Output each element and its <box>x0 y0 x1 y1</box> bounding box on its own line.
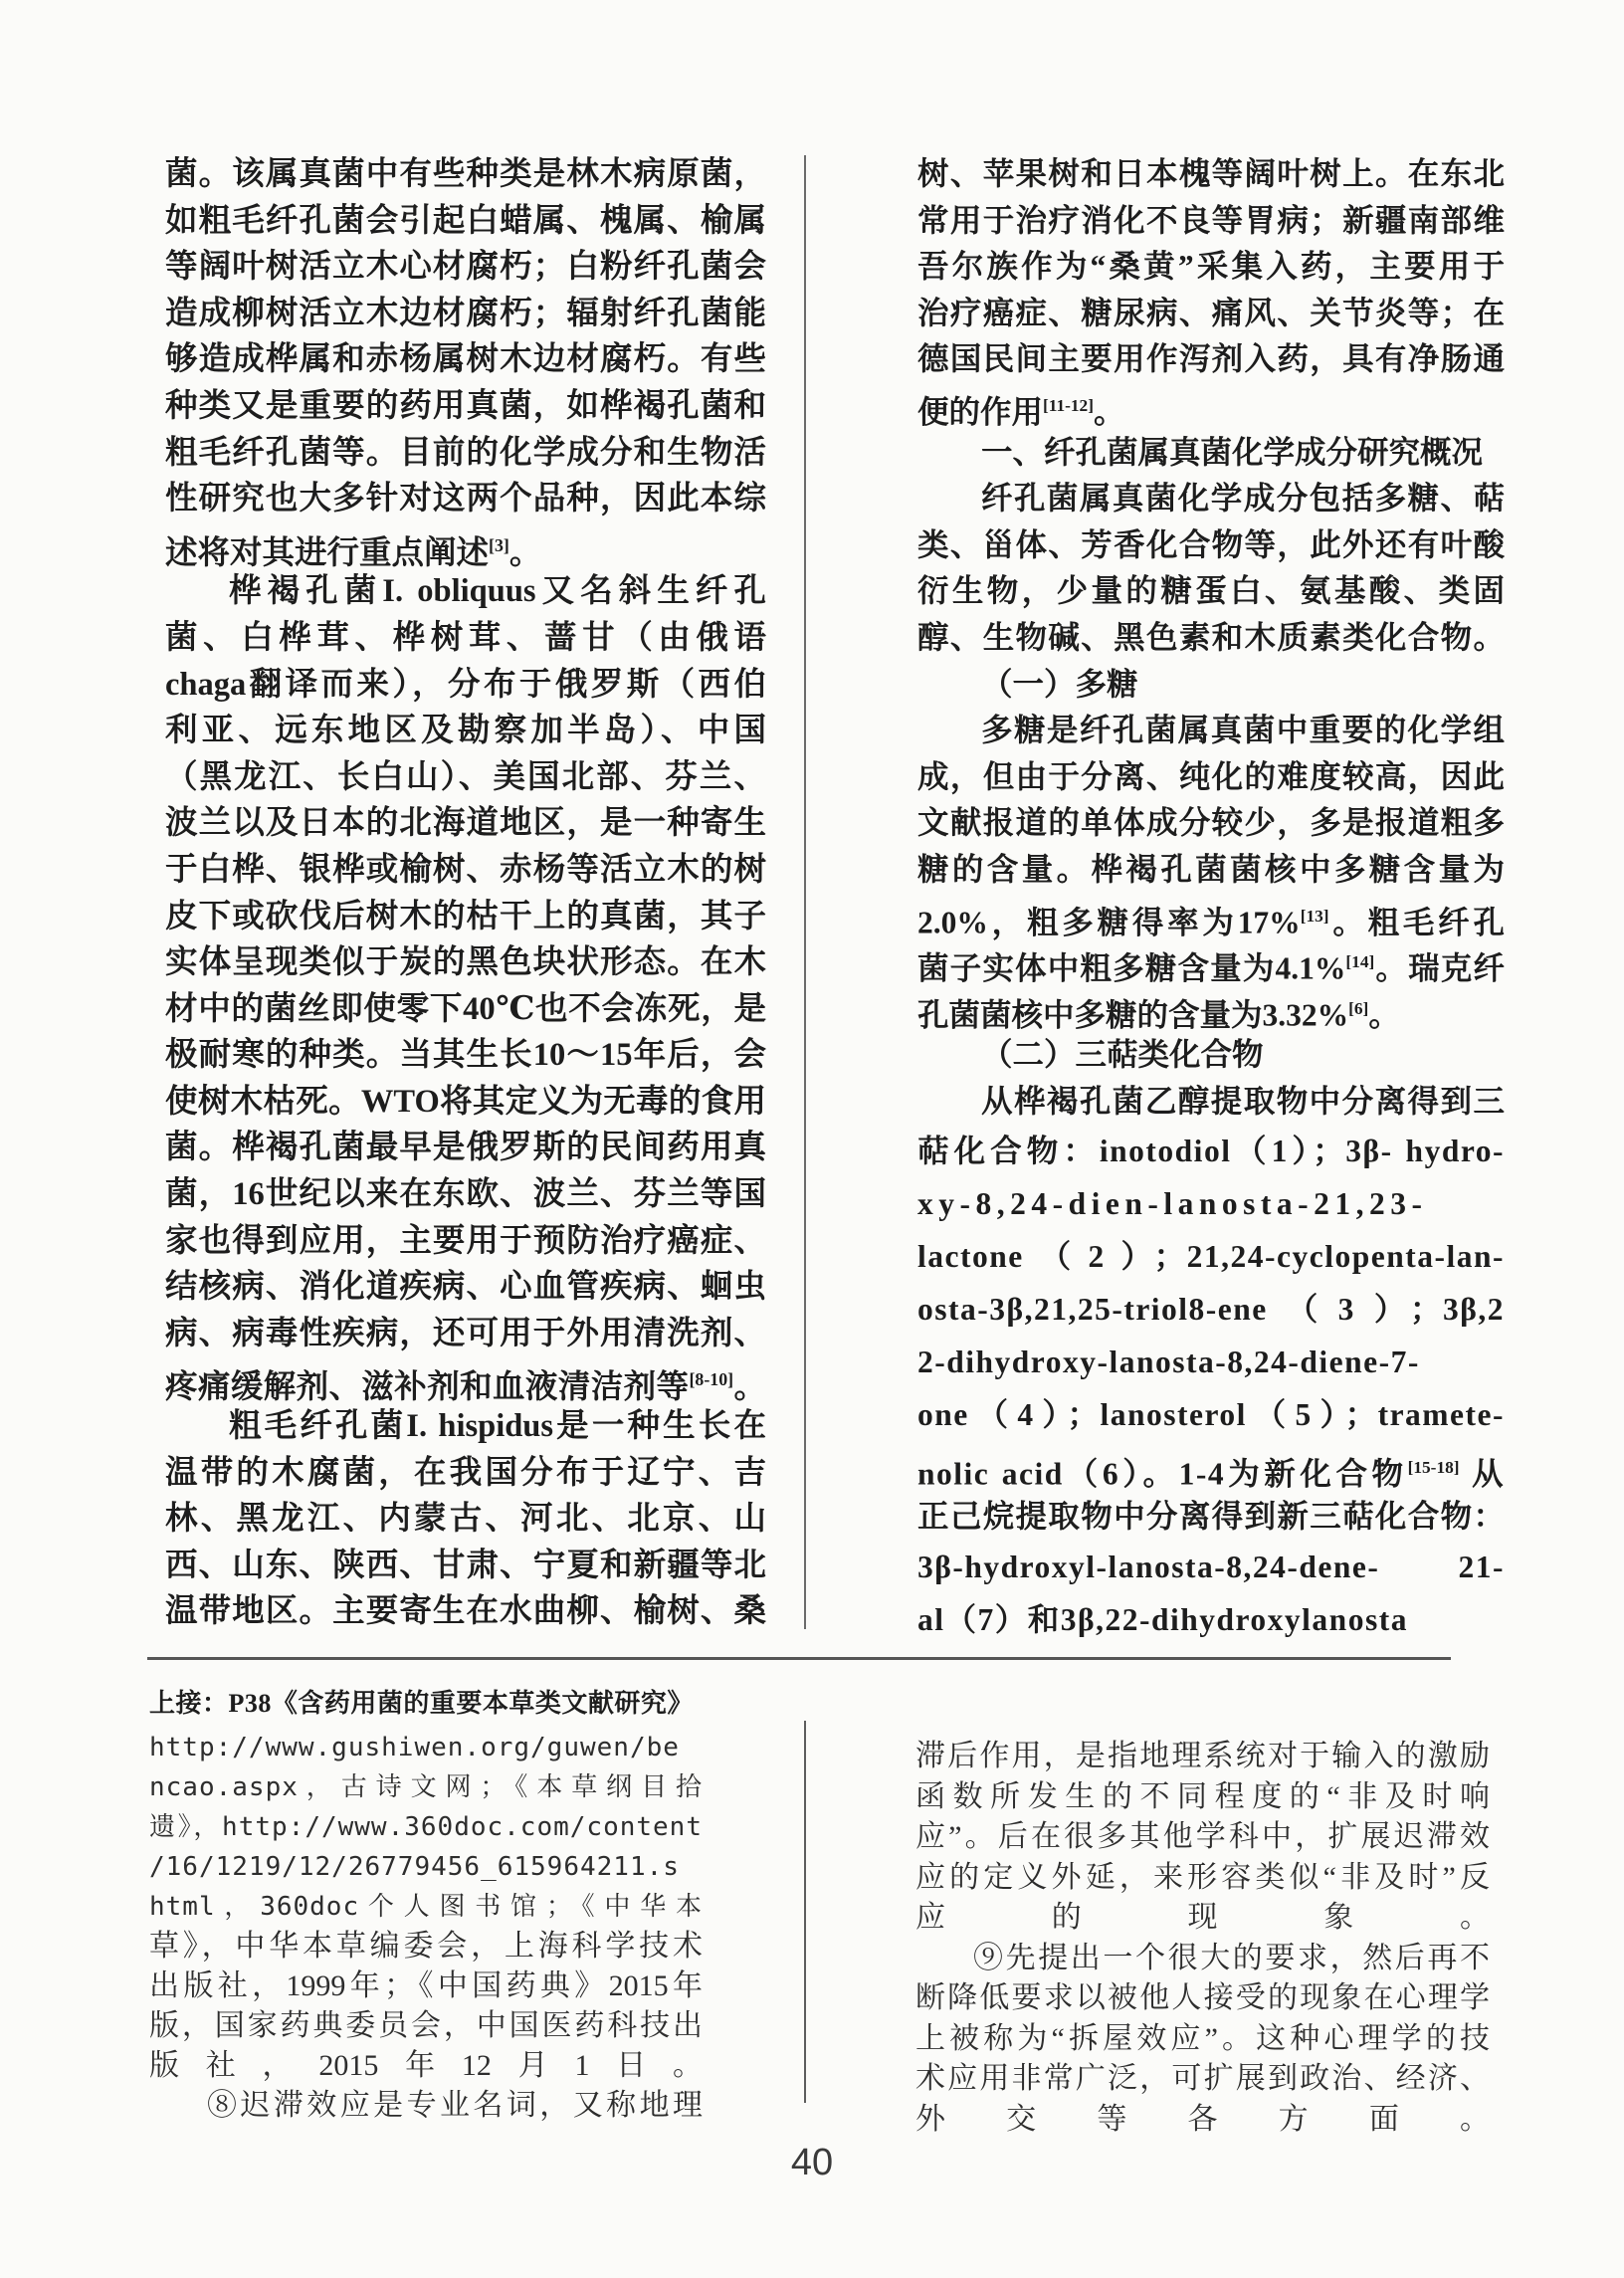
scanned-page: 菌。该属真菌中有些种类是林木病原菌，如粗毛纤孔菌会引起白蜡属、槐属、榆属等阔叶树… <box>0 0 1624 2278</box>
text-line: al（7）和3β,22-dihydroxylanosta <box>917 1593 1505 1646</box>
text-line: 等阔叶树活立木心材腐朽；白粉纤孔菌会 <box>165 244 766 291</box>
text-line: 菌。桦褐孔菌最早是俄罗斯的民间药用真 <box>165 1125 766 1171</box>
text-line: 西、山东、陕西、甘肃、宁夏和新疆等北 <box>165 1543 766 1589</box>
text-line: 遗》，http://www.360doc.com/content <box>149 1807 703 1847</box>
text-line: 如粗毛纤孔菌会引起白蜡属、槐属、榆属 <box>165 198 766 245</box>
page-number: 40 <box>0 2142 1624 2184</box>
text-line: 糖的含量。桦褐孔菌菌核中多糖含量为 <box>917 847 1505 894</box>
text-line: 结核病、消化道疾病、心血管疾病、蛔虫 <box>165 1264 766 1311</box>
footnote-right-column: 滞后作用，是指地理系统对于输入的激励函数所发生的不同程度的“非及时响应”。后在很… <box>915 1737 1490 2140</box>
left-column: 菌。该属真菌中有些种类是林木病原菌，如粗毛纤孔菌会引起白蜡属、槐属、榆属等阔叶树… <box>165 151 766 1635</box>
text-line: 桦褐孔菌I. obliquus又名斜生纤孔 <box>165 568 766 615</box>
text-line: nolic acid（6）。1-4为新化合物[15-18] 从 <box>917 1441 1505 1494</box>
text-line: 吾尔族作为“桑黄”采集入药，主要用于 <box>917 244 1505 291</box>
text-line: 2-dihydroxy-lanosta-8,24-diene-7- <box>917 1336 1505 1388</box>
text-line: 应”。后在很多其他学科中，扩展迟滞效 <box>915 1817 1490 1858</box>
text-line: 疼痛缓解剂、滋补剂和血液清洁剂等[8-10]。 <box>165 1356 766 1403</box>
text-line: 德国民间主要用作泻剂入药，具有净肠通 <box>917 336 1505 383</box>
text-line: 治疗癌症、糖尿病、痛风、关节炎等；在 <box>917 291 1505 337</box>
text-line: （一）多糖 <box>917 662 1505 709</box>
text-line: 成，但由于分离、纯化的难度较高，因此 <box>917 754 1505 801</box>
text-line: 够造成桦属和赤杨属树木边材腐朽。有些 <box>165 336 766 383</box>
text-line: 波兰以及日本的北海道地区，是一种寄生 <box>165 800 766 847</box>
text-line: 上被称为“拆屋效应”。这种心理学的技 <box>915 2019 1490 2060</box>
text-line: 版，国家药典委员会，中国医药科技出 <box>149 2006 703 2046</box>
text-line: /16/1219/12/26779456_615964211.s <box>149 1847 703 1887</box>
text-line: 一、纤孔菌属真菌化学成分研究概况 <box>917 430 1505 477</box>
text-line: 粗毛纤孔菌I. hispidus是一种生长在 <box>165 1403 766 1450</box>
text-line: 出版社，1999年；《中国药典》2015年 <box>149 1967 703 2006</box>
text-line: lactone（2）；21,24-cyclopenta-lan- <box>917 1230 1505 1283</box>
text-line: 林、黑龙江、内蒙古、河北、北京、山 <box>165 1496 766 1543</box>
text-line: osta-3β,21,25-triol8-ene（3）；3β,2 <box>917 1283 1505 1336</box>
text-line: 述将对其进行重点阐述[3]。 <box>165 522 766 569</box>
text-line: 醇、生物碱、黑色素和木质素类化合物。 <box>917 615 1505 662</box>
text-line: 皮下或砍伐后树木的枯干上的真菌，其子 <box>165 894 766 940</box>
text-line: 极耐寒的种类。当其生长10～15年后，会 <box>165 1032 766 1079</box>
text-line: 萜化合物：inotodiol（1）；3β- hydro- <box>917 1125 1505 1177</box>
text-line: 应的现象。 <box>915 1898 1490 1939</box>
text-line: 树、苹果树和日本槐等阔叶树上。在东北 <box>917 151 1505 198</box>
right-column: 树、苹果树和日本槐等阔叶树上。在东北常用于治疗消化不良等胃病；新疆南部维吾尔族作… <box>917 151 1505 1646</box>
text-line: 文献报道的单体成分较少，多是报道粗多 <box>917 800 1505 847</box>
text-line: 利亚、远东地区及勘察加半岛）、中国 <box>165 708 766 754</box>
text-line: 滞后作用，是指地理系统对于输入的激励 <box>915 1737 1490 1777</box>
text-line: 多糖是纤孔菌属真菌中重要的化学组 <box>917 708 1505 754</box>
text-line: chaga翻译而来），分布于俄罗斯（西伯 <box>165 662 766 709</box>
text-line: xy-8,24-dien-lanosta-21,23- <box>917 1177 1505 1230</box>
continued-from-note: 上接：P38《含药用菌的重要本草类文献研究》 <box>149 1680 703 1728</box>
text-line: 菌子实体中粗多糖含量为4.1%[14]。瑞克纤 <box>917 939 1505 986</box>
text-line: 草》，中华本草编委会，上海科学技术 <box>149 1927 703 1967</box>
text-line: html，360doc个人图书馆；《中华本 <box>149 1887 703 1927</box>
text-line: 于白桦、银桦或榆树、赤杨等活立木的树 <box>165 847 766 894</box>
text-line: http://www.gushiwen.org/guwen/be <box>149 1728 703 1767</box>
text-line: 纤孔菌属真菌化学成分包括多糖、萜 <box>917 476 1505 522</box>
column-divider <box>804 155 806 1629</box>
text-line: 2.0%，粗多糖得率为17%[13]。粗毛纤孔 <box>917 894 1505 940</box>
text-line: 术应用非常广泛，可扩展到政治、经济、 <box>915 2059 1490 2100</box>
text-line: 便的作用[11-12]。 <box>917 383 1505 430</box>
text-line: ncao.aspx，古诗文网；《本草纲目拾 <box>149 1767 703 1807</box>
text-line: 函数所发生的不同程度的“非及时响 <box>915 1777 1490 1818</box>
text-line: 材中的菌丝即使零下40℃也不会冻死，是 <box>165 986 766 1033</box>
text-line: 家也得到应用，主要用于预防治疗癌症、 <box>165 1218 766 1265</box>
text-line: 使树木枯死。WTO将其定义为无毒的食用 <box>165 1079 766 1126</box>
text-line: 温带地区。主要寄生在水曲柳、榆树、桑 <box>165 1588 766 1635</box>
text-line: 种类又是重要的药用真菌，如桦褐孔菌和 <box>165 383 766 430</box>
text-line: 3β-hydroxyl-lanosta-8,24-dene- 21- <box>917 1541 1505 1593</box>
text-line: 孔菌菌核中多糖的含量为3.32%[6]。 <box>917 986 1505 1033</box>
text-line: one（4）；lanosterol（5）；tramete- <box>917 1388 1505 1441</box>
footnote-separator-rule <box>147 1657 1451 1660</box>
text-line: 版社，2015年12月1日。 <box>149 2046 703 2086</box>
text-line: 正己烷提取物中分离得到新三萜化合物： <box>917 1494 1505 1541</box>
text-line: 温带的木腐菌，在我国分布于辽宁、吉 <box>165 1450 766 1497</box>
text-line: 类、甾体、芳香化合物等，此外还有叶酸 <box>917 522 1505 569</box>
text-line: 造成柳树活立木边材腐朽；辐射纤孔菌能 <box>165 291 766 337</box>
text-line: 菌。该属真菌中有些种类是林木病原菌， <box>165 151 766 198</box>
text-line: 断降低要求以被他人接受的现象在心理学 <box>915 1978 1490 2019</box>
text-line: 菌，16世纪以来在东欧、波兰、芬兰等国 <box>165 1171 766 1218</box>
footnote-left-column: 上接：P38《含药用菌的重要本草类文献研究》 http://www.gushiw… <box>149 1680 703 2126</box>
footnote-column-divider <box>804 1721 806 2103</box>
text-line: 粗毛纤孔菌等。目前的化学成分和生物活 <box>165 430 766 477</box>
text-line: 外交等各方面。 <box>915 2100 1490 2141</box>
text-line: ⑨先提出一个很大的要求，然后再不 <box>915 1939 1490 1979</box>
text-line: 衍生物，少量的糖蛋白、氨基酸、类固 <box>917 568 1505 615</box>
text-line: ⑧迟滞效应是专业名词，又称地理 <box>149 2086 703 2126</box>
text-line: 病、病毒性疾病，还可用于外用清洗剂、 <box>165 1311 766 1357</box>
text-line: （二）三萜类化合物 <box>917 1032 1505 1079</box>
text-line: 实体呈现类似于炭的黑色块状形态。在木 <box>165 939 766 986</box>
text-line: 从桦褐孔菌乙醇提取物中分离得到三 <box>917 1079 1505 1126</box>
text-line: 常用于治疗消化不良等胃病；新疆南部维 <box>917 198 1505 245</box>
text-line: 性研究也大多针对这两个品种，因此本综 <box>165 476 766 522</box>
text-line: 应的定义外延，来形容类似“非及时”反 <box>915 1858 1490 1899</box>
text-line: （黑龙江、长白山）、美国北部、芬兰、 <box>165 754 766 801</box>
footnote-left-lines: http://www.gushiwen.org/guwen/bencao.asp… <box>149 1728 703 2126</box>
text-line: 菌、白桦茸、桦树茸、蔷甘（由俄语 <box>165 615 766 662</box>
